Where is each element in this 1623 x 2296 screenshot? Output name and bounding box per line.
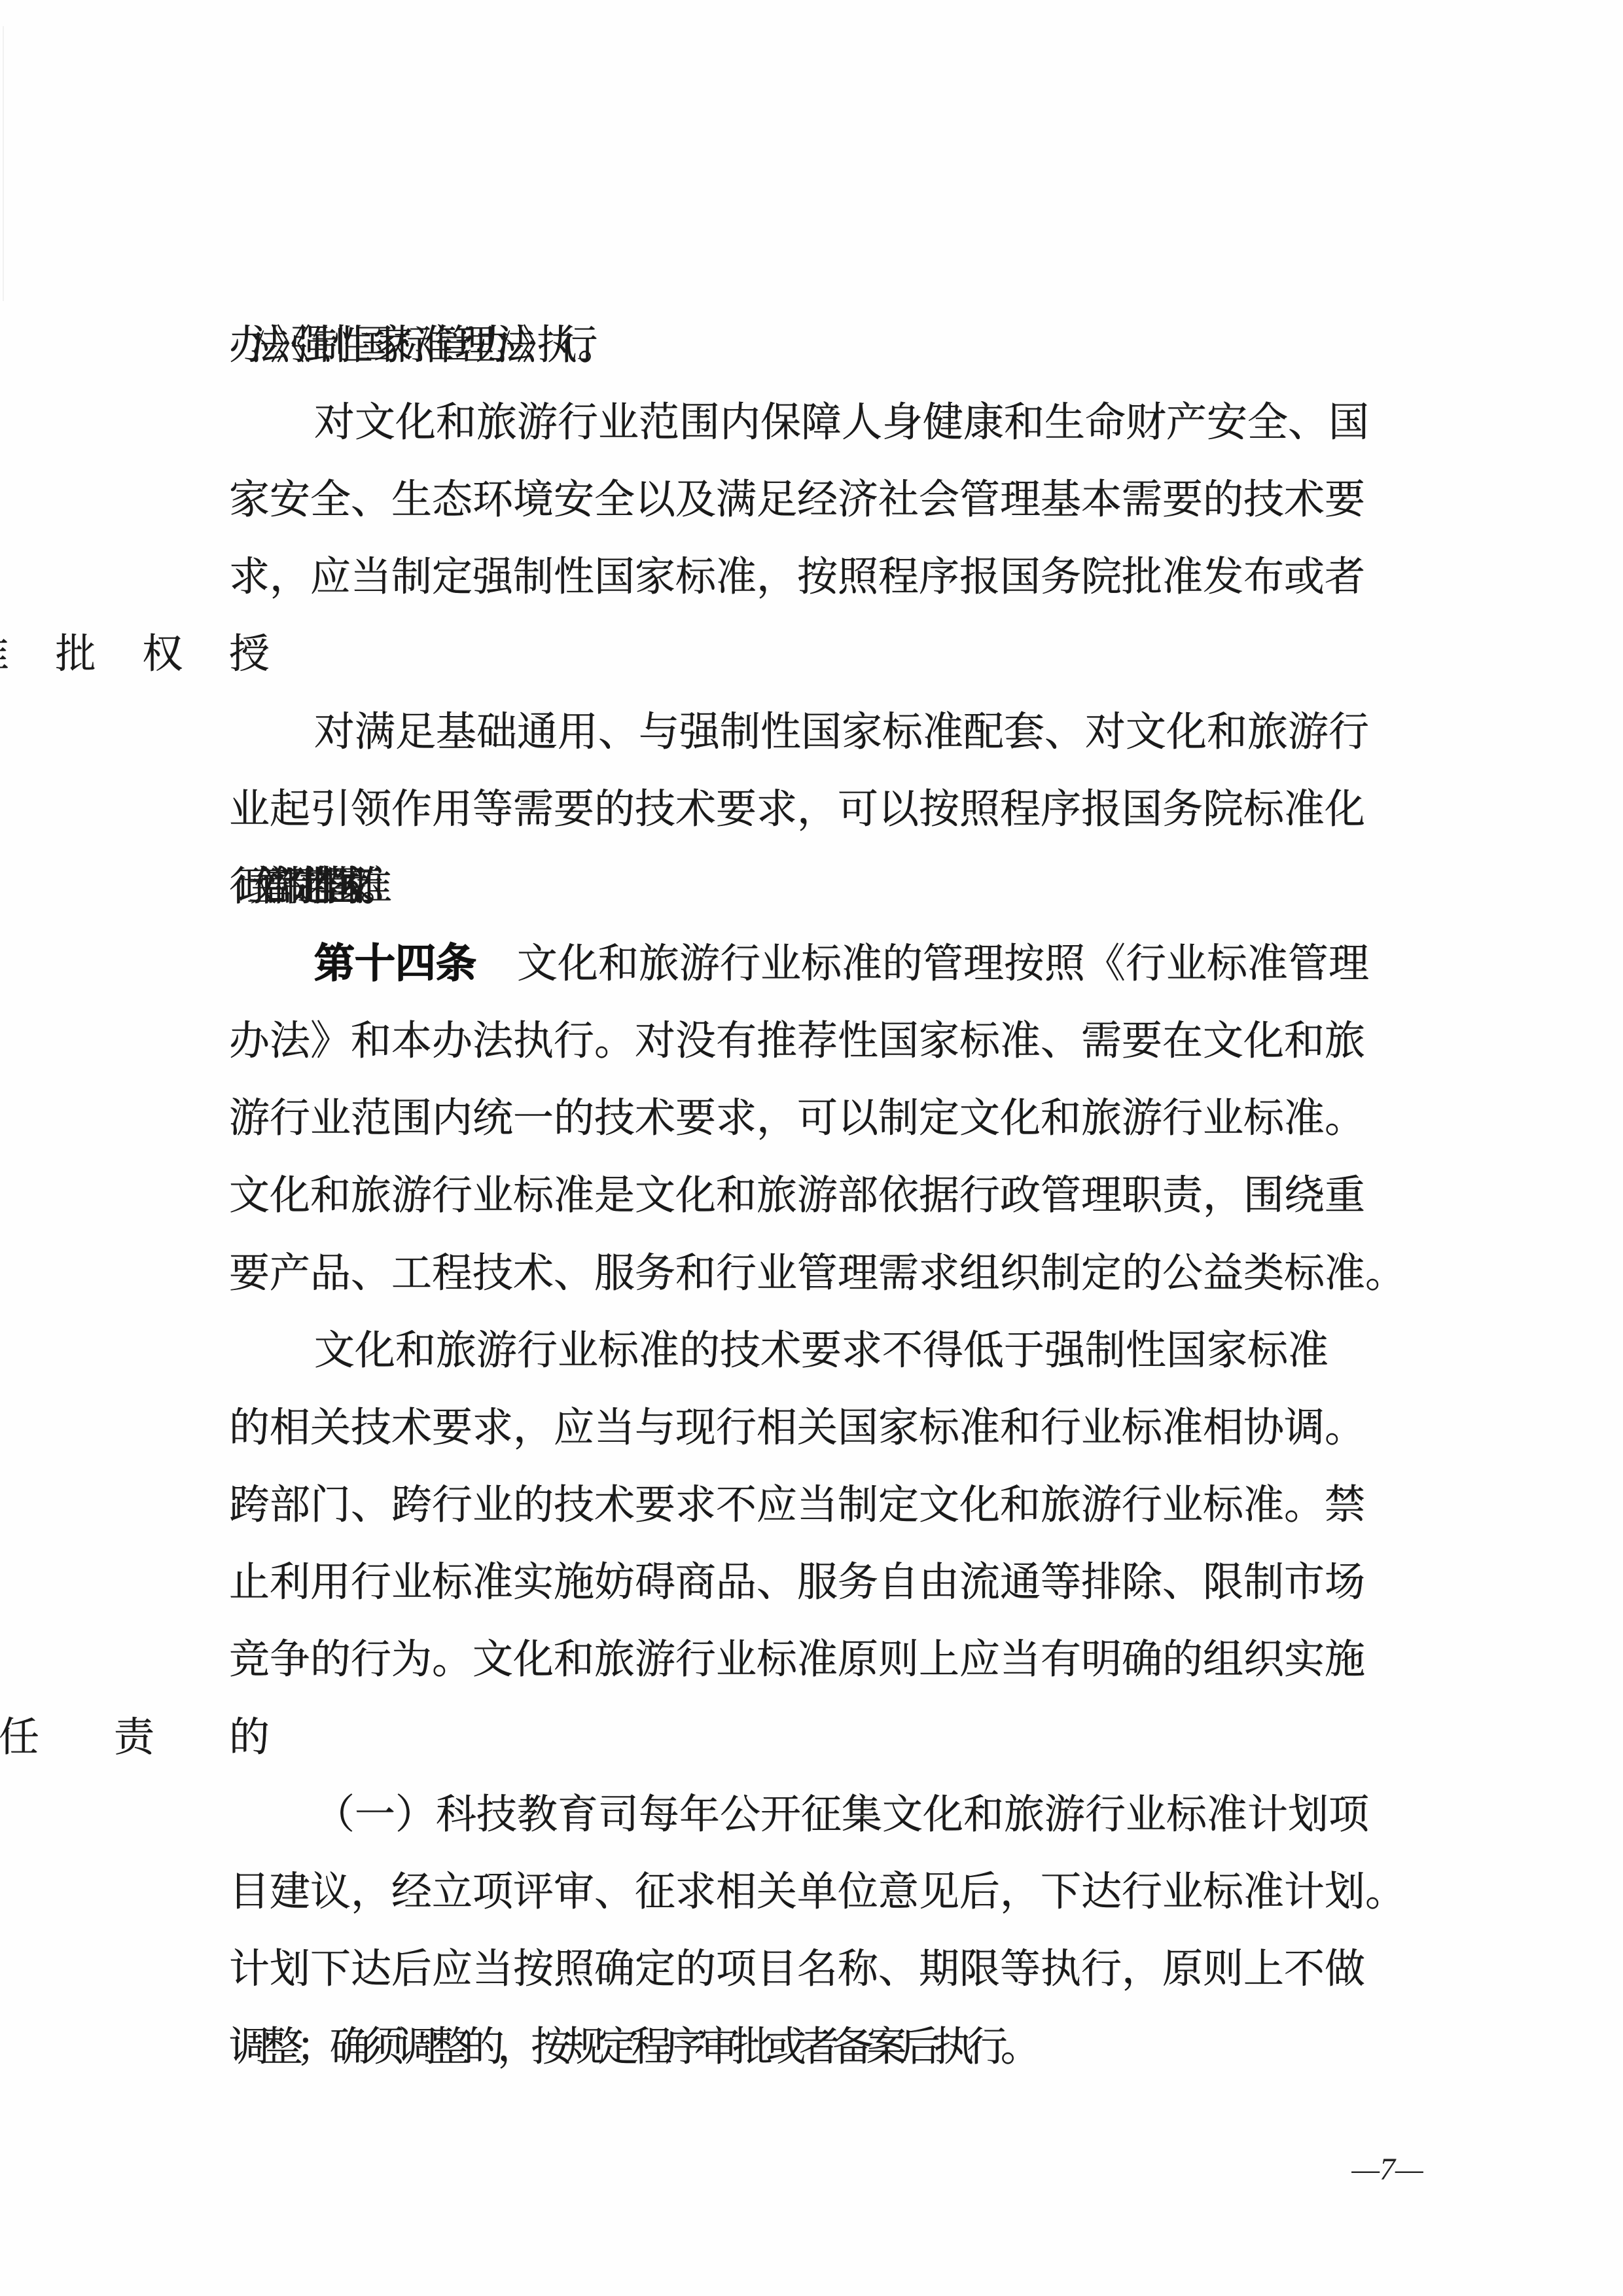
text-line: 的责任主体。 [229,1698,1419,1776]
text-line: 要产品、工程技术、服务和行业管理需求组织制定的公益类标准。 [229,1234,1419,1312]
text-line: 调整；确须调整的，按规定程序审批或者备案后执行。 [229,2008,1419,2085]
article-number: 第十四条 [314,939,476,987]
text-line: 行政主管部门制定推荐性国家标准。 [229,848,1419,925]
text-line: 跨部门、跨行业的技术要求不应当制定文化和旅游行业标准。禁 [229,1466,1419,1543]
document-page: 办法》《强制性国家标准管理办法》执行。 对文化和旅游行业范围内保障人身健康和生命… [0,0,1623,2296]
text-line: 计划下达后应当按照确定的项目名称、期限等执行，原则上不做 [229,1930,1419,2007]
text-line: 竞争的行为。文化和旅游行业标准原则上应当有明确的组织实施 [229,1621,1419,1698]
text-line: 求，应当制定强制性国家标准，按照程序报国务院批准发布或者 [229,538,1419,615]
text-line: 办法》和本办法执行。对没有推荐性国家标准、需要在文化和旅 [229,1002,1419,1079]
text-line: 的相关技术要求，应当与现行相关国家标准和行业标准相协调。 [229,1389,1419,1466]
scan-edge-mark [3,26,4,301]
text-line: 家安全、生态环境安全以及满足经济社会管理基本需要的技术要 [229,461,1419,538]
text-line: 授权批准发布。 [229,615,1419,692]
paragraph-first-line: （一）科技教育司每年公开征集文化和旅游行业标准计划项 [314,1776,1419,1853]
text-line: 目建议，经立项评审、征求相关单位意见后，下达行业标准计划。 [229,1853,1419,1930]
text-line: 游行业范围内统一的技术要求，可以制定文化和旅游行业标准。 [229,1079,1419,1157]
paragraph-first-line: 对文化和旅游行业范围内保障人身健康和生命财产安全、国 [314,384,1419,461]
article-first-line: 第十四条 文化和旅游行业标准的管理按照《行业标准管理 [314,925,1419,1002]
paragraph-first-line: 对满足基础通用、与强制性国家标准配套、对文化和旅游行 [314,693,1419,770]
text-line: 办法》《强制性国家标准管理办法》执行。 [229,306,1419,384]
text-line: 文化和旅游行业标准是文化和旅游部依据行政管理职责，围绕重 [229,1157,1419,1234]
page-number: —7— [1342,2147,1433,2193]
text-line: 业起引领作用等需要的技术要求，可以按照程序报国务院标准化 [229,770,1419,848]
paragraph-first-line: 文化和旅游行业标准的技术要求不得低于强制性国家标准 [314,1312,1419,1389]
text-line: 止利用行业标准实施妨碍商品、服务自由流通等排除、限制市场 [229,1543,1419,1621]
article-text: 文化和旅游行业标准的管理按照《行业标准管理 [476,939,1369,987]
